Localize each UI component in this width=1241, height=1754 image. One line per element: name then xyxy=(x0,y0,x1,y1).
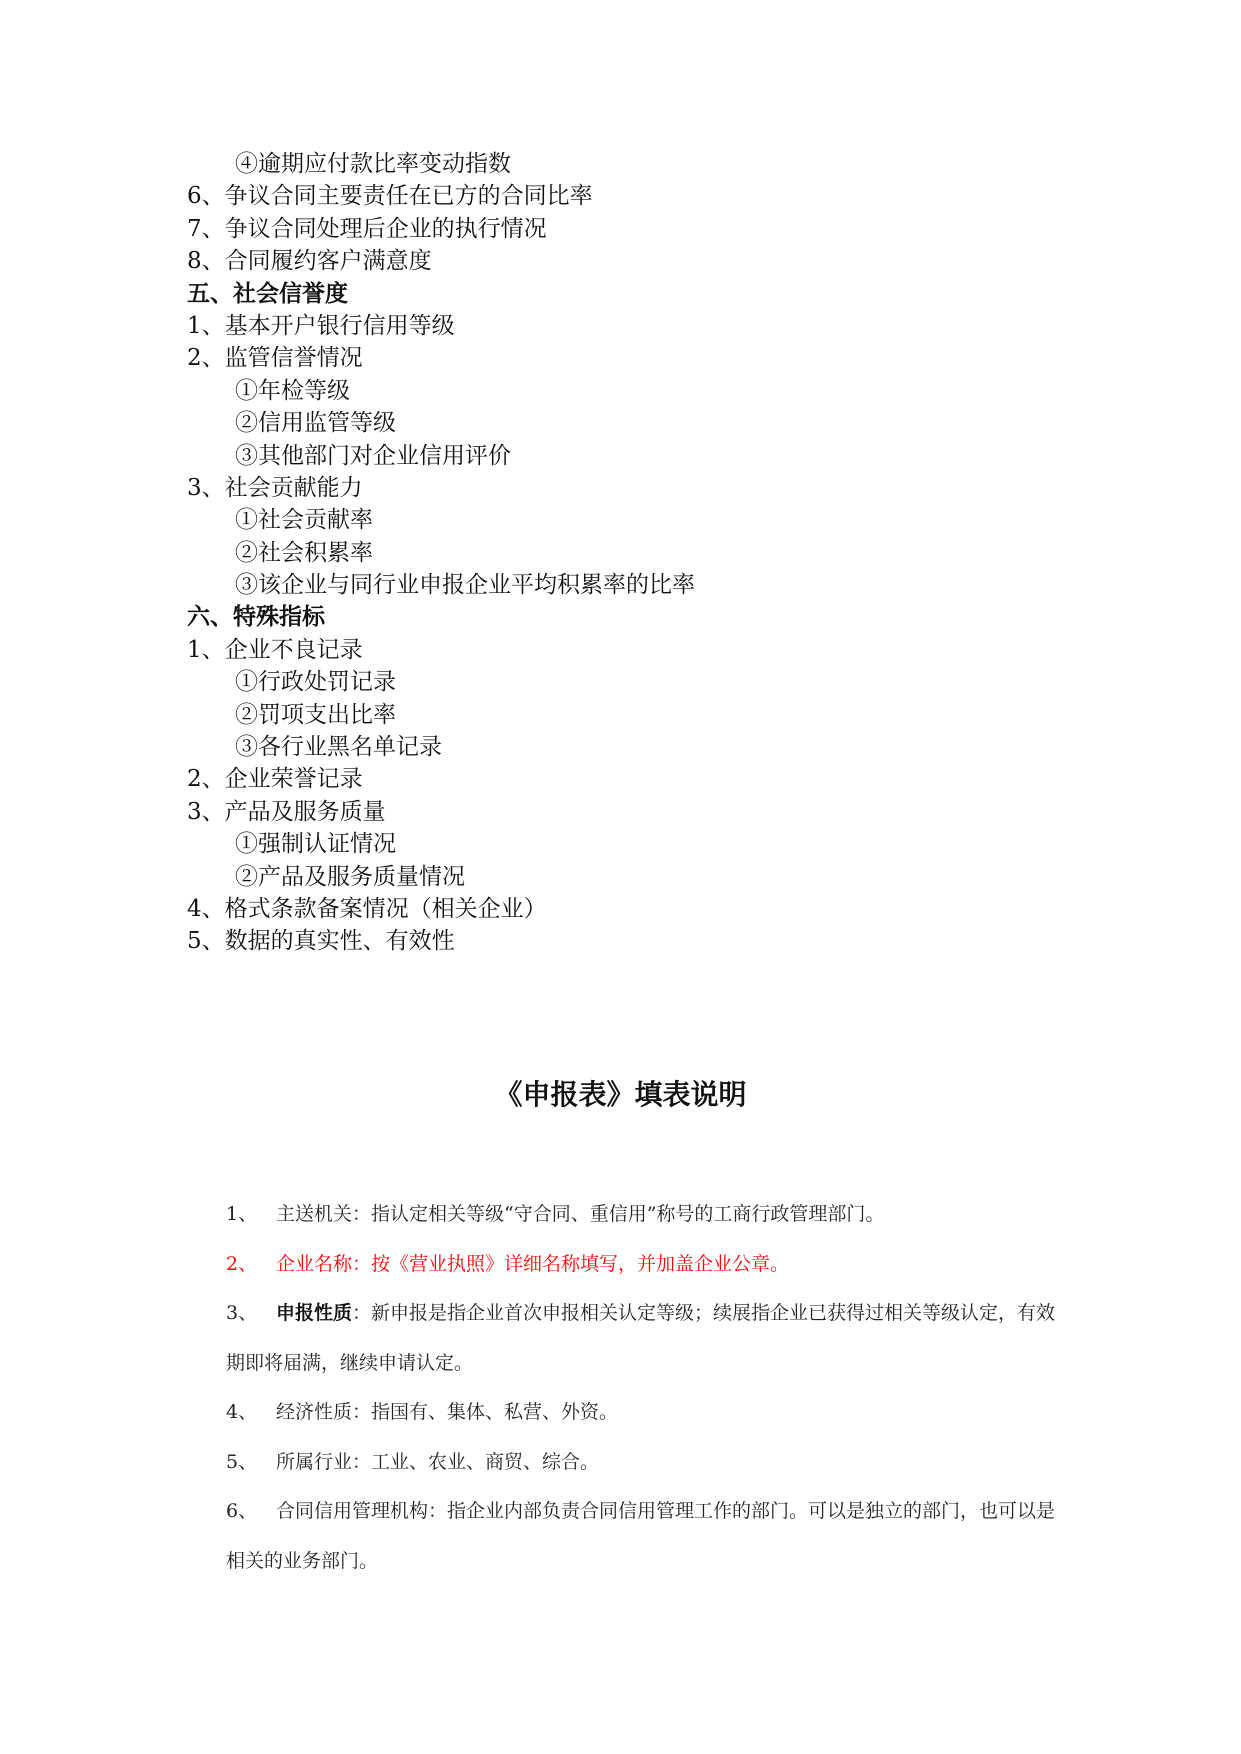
outline-subitem: ③其他部门对企业信用评价 xyxy=(187,440,987,472)
instruction-item: 3、申报性质：新申报是指企业首次申报相关认定等级；续展指企业已获得过相关等级认定… xyxy=(226,1289,1056,1388)
outline-subitem: ②信用监管等级 xyxy=(187,407,987,439)
outline-subitem: ③该企业与同行业申报企业平均积累率的比率 xyxy=(187,569,987,601)
outline-subitem: ③各行业黑名单记录 xyxy=(187,731,987,763)
instruction-text: 经济性质：指国有、集体、私营、外资。 xyxy=(276,1401,618,1423)
outline-subitem: ②社会积累率 xyxy=(187,537,987,569)
outline-item: 5、数据的真实性、有效性 xyxy=(187,925,987,957)
outline-item: 3、社会贡献能力 xyxy=(187,472,987,504)
filling-instructions: 1、主送机关：指认定相关等级“守合同、重信用”称号的工商行政管理部门。 2、企业… xyxy=(226,1190,1056,1586)
instruction-text: 企业名称：按《营业执照》详细名称填写，并加盖企业公章。 xyxy=(276,1253,789,1275)
page-title: 《申报表》填表说明 xyxy=(0,1075,1241,1115)
section-heading-social-reputation: 五、社会信誉度 xyxy=(187,278,987,310)
instruction-number: 3、 xyxy=(226,1289,276,1339)
indicator-outline: ④逾期应付款比率变动指数 6、争议合同主要责任在已方的合同比率 7、争议合同处理… xyxy=(187,148,987,958)
instruction-number: 6、 xyxy=(226,1487,276,1537)
outline-item: 6、争议合同主要责任在已方的合同比率 xyxy=(187,180,987,212)
outline-subitem: ①强制认证情况 xyxy=(187,828,987,860)
instruction-text: 主送机关：指认定相关等级“守合同、重信用”称号的工商行政管理部门。 xyxy=(276,1203,884,1225)
outline-subitem: ②产品及服务质量情况 xyxy=(187,861,987,893)
instruction-number: 5、 xyxy=(226,1438,276,1488)
instruction-number: 4、 xyxy=(226,1388,276,1438)
outline-subitem: ④逾期应付款比率变动指数 xyxy=(187,148,987,180)
instruction-item: 4、经济性质：指国有、集体、私营、外资。 xyxy=(226,1388,1056,1438)
instruction-item: 1、主送机关：指认定相关等级“守合同、重信用”称号的工商行政管理部门。 xyxy=(226,1190,1056,1240)
outline-subitem: ①年检等级 xyxy=(187,375,987,407)
outline-subitem: ①社会贡献率 xyxy=(187,504,987,536)
instruction-item: 6、合同信用管理机构：指企业内部负责合同信用管理工作的部门。可以是独立的部门，也… xyxy=(226,1487,1056,1586)
outline-subitem: ①行政处罚记录 xyxy=(187,666,987,698)
outline-item: 8、合同履约客户满意度 xyxy=(187,245,987,277)
instruction-item: 5、所属行业：工业、农业、商贸、综合。 xyxy=(226,1438,1056,1488)
instruction-number: 2、 xyxy=(226,1240,276,1290)
instruction-label: 申报性质 xyxy=(276,1302,352,1324)
outline-subitem: ②罚项支出比率 xyxy=(187,699,987,731)
outline-item: 4、格式条款备案情况（相关企业） xyxy=(187,893,987,925)
outline-item: 3、产品及服务质量 xyxy=(187,796,987,828)
outline-item: 1、基本开户银行信用等级 xyxy=(187,310,987,342)
instruction-item-highlighted: 2、企业名称：按《营业执照》详细名称填写，并加盖企业公章。 xyxy=(226,1240,1056,1290)
outline-item: 2、企业荣誉记录 xyxy=(187,763,987,795)
instruction-text: 合同信用管理机构：指企业内部负责合同信用管理工作的部门。可以是独立的部门，也可以… xyxy=(226,1500,1055,1572)
section-heading-special-indicators: 六、特殊指标 xyxy=(187,601,987,633)
outline-item: 1、企业不良记录 xyxy=(187,634,987,666)
outline-item: 2、监管信誉情况 xyxy=(187,342,987,374)
instruction-text: 所属行业：工业、农业、商贸、综合。 xyxy=(276,1451,599,1473)
outline-item: 7、争议合同处理后企业的执行情况 xyxy=(187,213,987,245)
instruction-number: 1、 xyxy=(226,1190,276,1240)
